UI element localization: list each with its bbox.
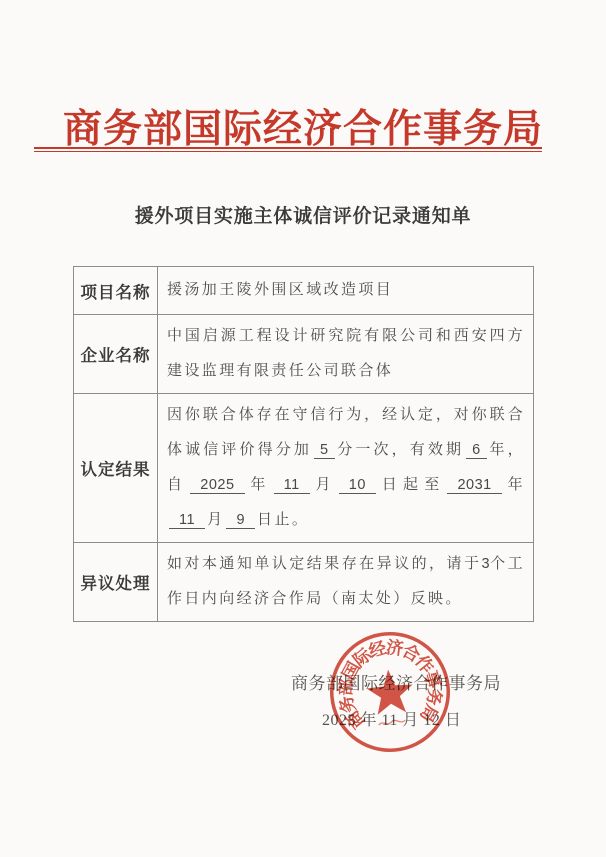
result-text-4: 日起至 [378, 477, 446, 493]
table-row-company: 企业名称 中国启源工程设计研究院有限公司和西安四方建设监理有限责任公司联合体 [74, 315, 534, 394]
table-row-result: 认定结果 因你联合体存在守信行为，经认定，对你联合体诚信评价得分加5分一次，有效… [74, 394, 534, 543]
company-name-label: 企业名称 [74, 315, 158, 394]
letterhead-title: 商务部国际经济合作事务局 [0, 98, 606, 154]
start-year-blank: 2025 [190, 477, 244, 494]
end-month-blank: 11 [169, 512, 205, 529]
official-seal: 商务部国际经济合作事务局 [321, 623, 460, 762]
project-name-value: 援汤加王陵外围区域改造项目 [158, 267, 534, 315]
unit-month-2: 月 [207, 512, 224, 528]
result-text-5: 日止。 [257, 512, 309, 528]
result-value: 因你联合体存在守信行为，经认定，对你联合体诚信评价得分加5分一次，有效期6年，自… [158, 394, 534, 543]
table-row-objection: 异议处理 如对本通知单认定结果存在异议的，请于3个工作日内向经济合作局（南太处）… [74, 543, 534, 622]
objection-label: 异议处理 [74, 543, 158, 622]
project-name-label: 项目名称 [74, 267, 158, 315]
seal-star-icon [365, 668, 415, 716]
unit-month-1: 月 [312, 477, 337, 493]
unit-year-1: 年 [247, 477, 272, 493]
validity-years-blank: 6 [466, 442, 487, 459]
company-name-value: 中国启源工程设计研究院有限公司和西安四方建设监理有限责任公司联合体 [158, 315, 534, 394]
start-day-blank: 10 [339, 477, 376, 494]
seal-anticounterfeit-mark [378, 719, 405, 725]
document-title: 援外项目实施主体诚信评价记录通知单 [0, 201, 606, 228]
end-day-blank: 9 [226, 512, 255, 529]
objection-text-1: 如对本通知单认定结果存在异议的，请于 [167, 556, 481, 572]
result-label: 认定结果 [74, 394, 158, 543]
objection-value: 如对本通知单认定结果存在异议的，请于3个工作日内向经济合作局（南太处）反映。 [158, 543, 534, 622]
table-row-project: 项目名称 援汤加王陵外围区域改造项目 [74, 267, 534, 315]
notice-table: 项目名称 援汤加王陵外围区域改造项目 企业名称 中国启源工程设计研究院有限公司和… [73, 266, 534, 622]
result-text-2: 分一次，有效期 [337, 442, 465, 458]
objection-days: 3 [481, 556, 490, 572]
unit-year-2: 年 [504, 477, 525, 493]
document-page: 商务部国际经济合作事务局 援外项目实施主体诚信评价记录通知单 项目名称 援汤加王… [0, 0, 606, 857]
letterhead-double-rule [34, 147, 542, 152]
start-month-blank: 11 [274, 477, 310, 494]
end-year-blank: 2031 [447, 477, 501, 494]
score-blank: 5 [314, 442, 335, 459]
